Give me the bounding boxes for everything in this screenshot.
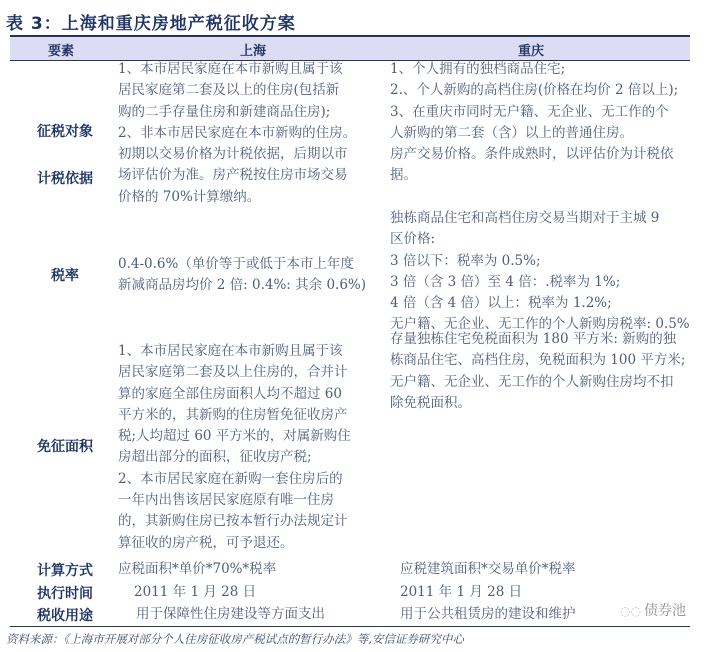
row-label: 征税对象: [10, 121, 120, 141]
row-label: 税率: [10, 265, 120, 285]
header-element: 要素: [48, 40, 74, 59]
shanghai-cell: 应税面积*单价*70%*税率: [118, 559, 380, 580]
row-label: 计税依据: [10, 168, 120, 188]
table-title: 表 3：上海和重庆房地产税征收方案: [6, 9, 296, 34]
watermark-text: 债券池: [644, 603, 686, 619]
shanghai-cell: 0.4-0.6%（单价等于或低于本市上年度 新减商品房均价 2 倍: 0.4%:…: [118, 254, 380, 297]
watermark: ◌◌债券池: [620, 600, 686, 620]
table-bottom-rule: [10, 626, 690, 627]
shanghai-cell: 2011 年 1 月 28 日: [134, 582, 396, 603]
shanghai-cell: 1、本市居民家庭在本市新购且属于该 居民家庭第二套及以上的住房(包括新 购的二手…: [118, 59, 380, 144]
chongqing-cell: 应税建筑面积*交易单价*税率: [400, 559, 705, 580]
row-label: 执行时间: [10, 583, 120, 603]
tax-comparison-table: 要素 上海 重庆: [10, 35, 690, 61]
header-shanghai: 上海: [240, 40, 266, 59]
row-label: 免征面积: [10, 436, 120, 456]
header-chongqing: 重庆: [518, 40, 544, 59]
shanghai-cell: 用于保障性住房建设等方面支出: [136, 604, 398, 625]
row-label: 计算方式: [10, 560, 120, 580]
chongqing-cell: 存量独栋住宅免税面积为 180 平方米: 新购的独 栋商品住宅、高档住房，免税面…: [390, 329, 695, 414]
shanghai-cell: 初期以交易价格为计税依据，后期以市 场评估价为准。房产税按住房市场交易 价格的 …: [118, 144, 380, 208]
shanghai-cell: 1、本市居民家庭在本市新购且属于该 居民家庭第二套及以上住房的，合并计 算的家庭…: [118, 341, 380, 554]
wechat-icon: ◌◌: [620, 604, 641, 618]
chongqing-cell: 独栋商品住宅和高档住房交易当期对于主城 9 区价格: 3 倍以下：税率为 0.5…: [390, 208, 695, 336]
row-label: 税收用途: [10, 605, 120, 625]
chongqing-cell: 房产交易价格。条件成熟时，以评估价为计税依 据。: [390, 144, 695, 187]
source-note: 资料来源：《上海市开展对部分个人住房征收房产税试点的暂行办法》等,安信证券研究中…: [6, 631, 464, 647]
table-header-row: 要素 上海 重庆: [10, 35, 690, 61]
chongqing-cell: 1、个人拥有的独档商品住宅; 2.、个人新购的高档住房(价格在均价 2 倍以上)…: [390, 59, 695, 144]
